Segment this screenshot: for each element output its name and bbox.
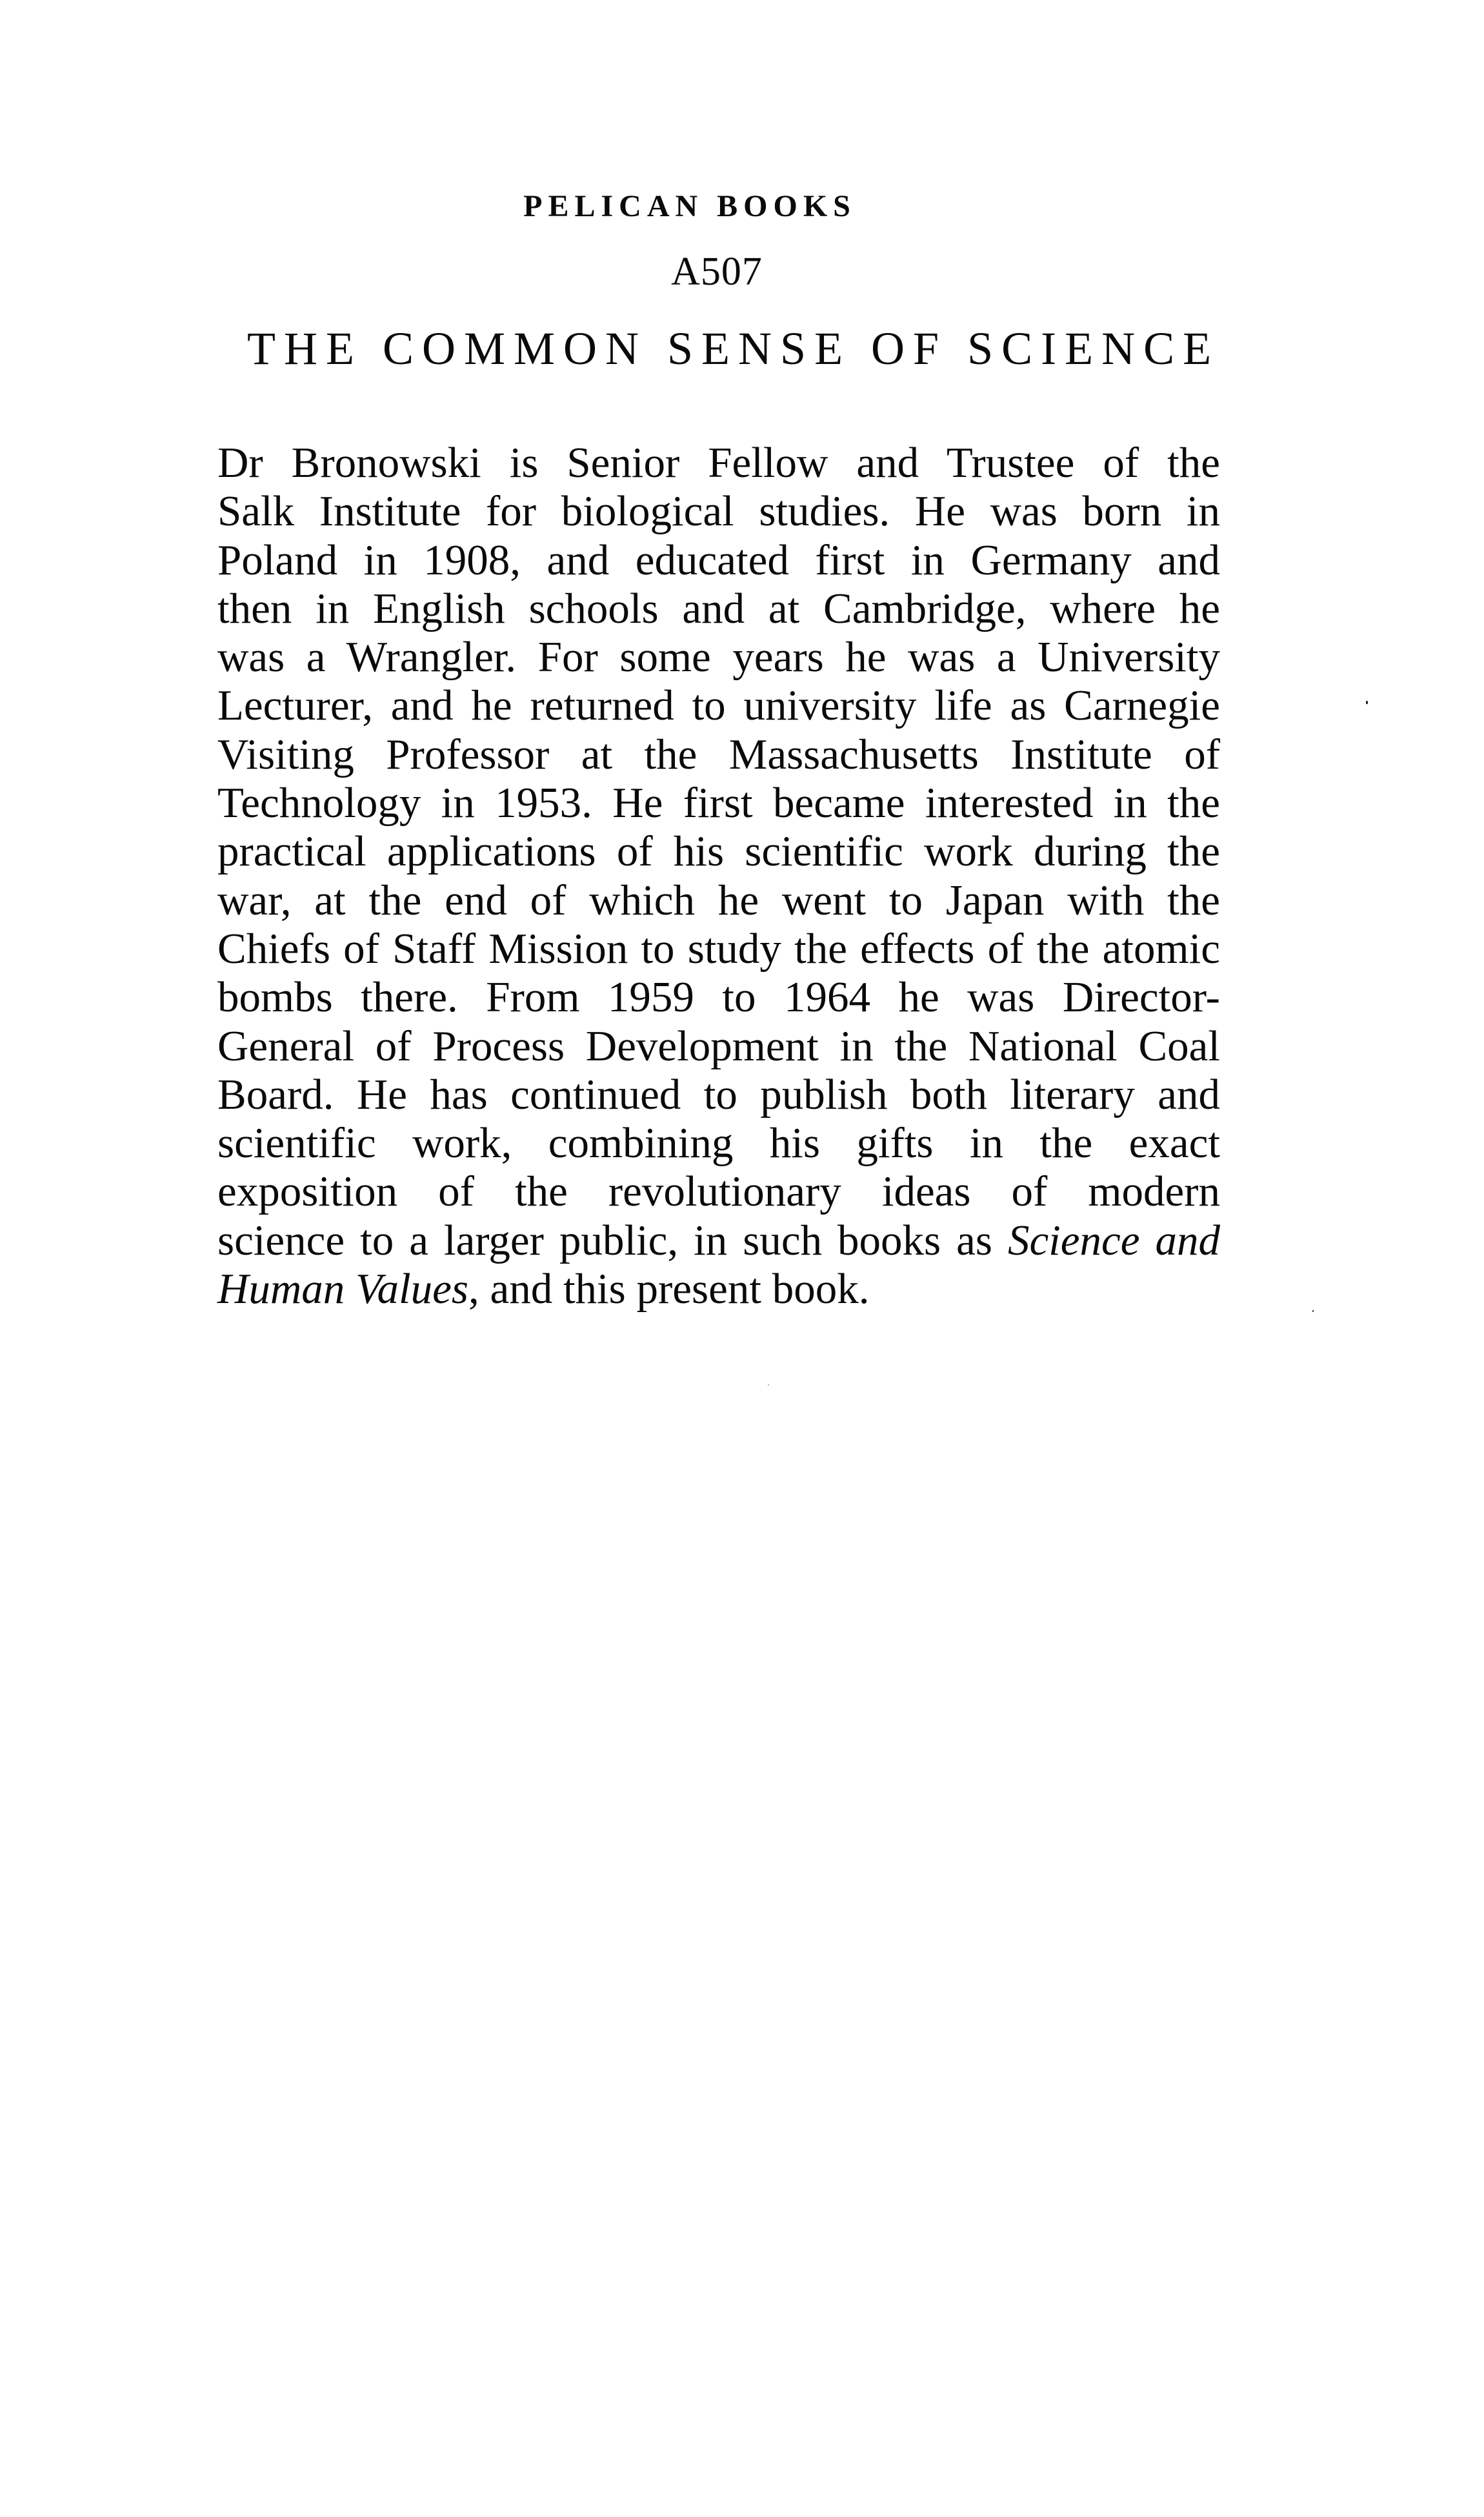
bio-line-text: science to a larger public, in such book…	[217, 1217, 992, 1264]
series-name: PELICAN BOOKS	[0, 187, 1379, 226]
bio-line-last: Human Values, and this present book.	[217, 1265, 1220, 1313]
book-reference-italic: Science and	[1008, 1217, 1220, 1264]
author-biography: Dr Bronowski is Senior Fellow and Truste…	[217, 439, 1220, 1313]
bio-line: Visiting Professor at the Massachusetts …	[217, 731, 1220, 779]
scan-speck	[768, 1384, 769, 1386]
book-reference-italic: Human Values	[217, 1265, 468, 1313]
book-title: THE COMMON SENSE OF SCIENCE	[247, 323, 1138, 374]
bio-line: exposition of the revolutionary ideas of…	[217, 1168, 1220, 1216]
scan-speck	[1366, 701, 1368, 704]
bio-line: bombs there. From 1959 to 1964 he was Di…	[217, 973, 1220, 1022]
bio-line: General of Process Development in the Na…	[217, 1022, 1220, 1071]
bio-line: Poland in 1908, and educated first in Ge…	[217, 536, 1220, 585]
bio-line: Technology in 1953. He first became inte…	[217, 779, 1220, 827]
bio-line: war, at the end of which he went to Japa…	[217, 876, 1220, 925]
bio-line: Dr Bronowski is Senior Fellow and Truste…	[217, 439, 1220, 487]
bio-line: then in English schools and at Cambridge…	[217, 585, 1220, 633]
bio-line: scientific work, combining his gifts in …	[217, 1119, 1220, 1168]
bio-line-text: , and this present book.	[468, 1265, 870, 1313]
bio-line: science to a larger public, in such book…	[217, 1217, 1220, 1265]
bio-line: was a Wrangler. For some years he was a …	[217, 633, 1220, 682]
bio-line: Chiefs of Staff Mission to study the eff…	[217, 925, 1220, 973]
bio-line: practical applications of his scientific…	[217, 827, 1220, 876]
scan-speck	[1312, 1310, 1314, 1312]
bio-line: Salk Institute for biological studies. H…	[217, 487, 1220, 536]
bio-line: Lecturer, and he returned to university …	[217, 682, 1220, 730]
bio-line: Board. He has continued to publish both …	[217, 1071, 1220, 1119]
series-number: A507	[0, 252, 1434, 292]
